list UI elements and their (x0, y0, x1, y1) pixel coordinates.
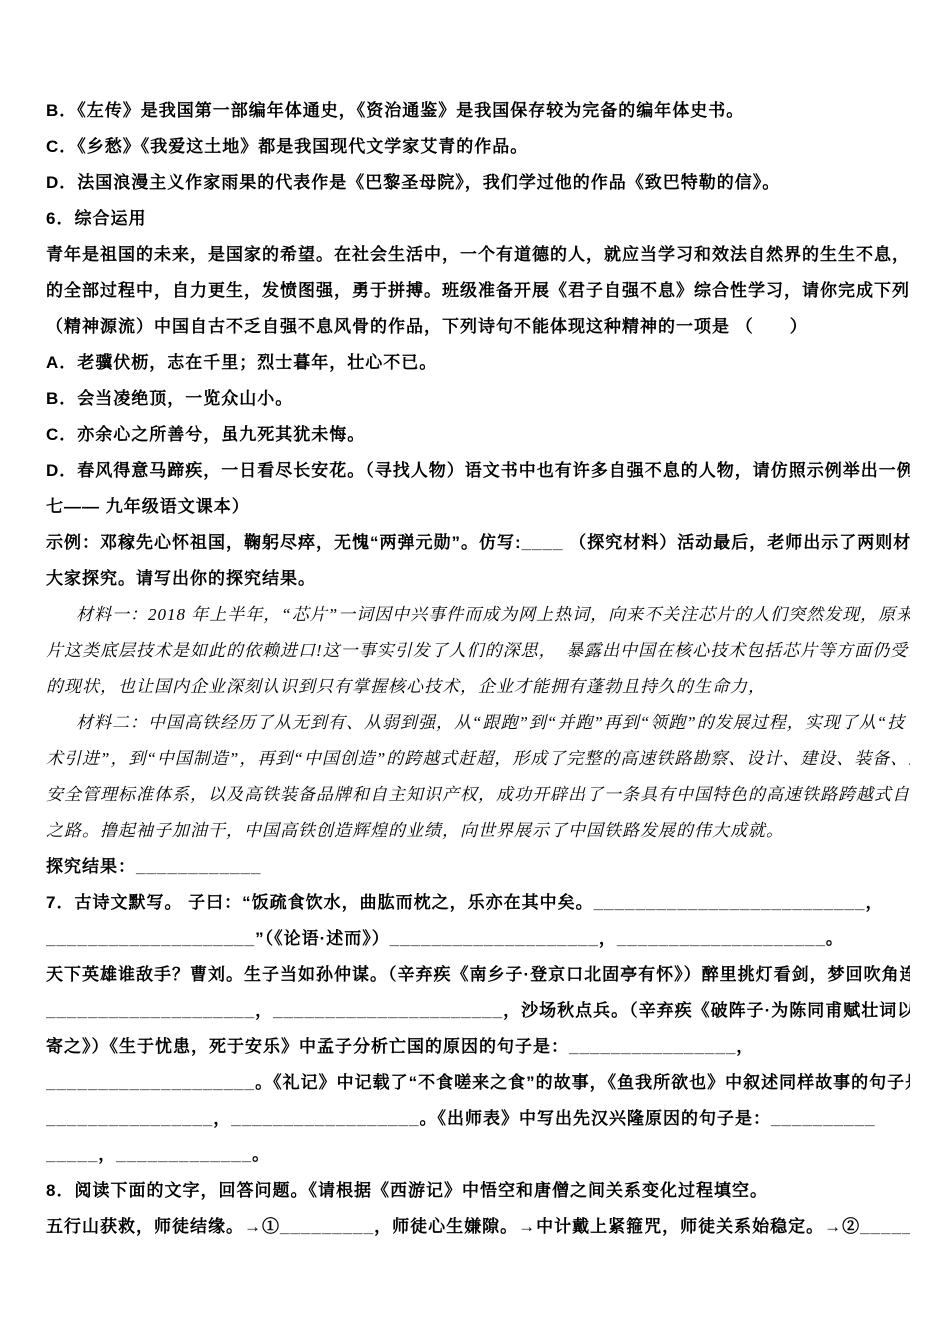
question7-line8: _____，_____________。 (46, 1137, 910, 1173)
question8-heading: 8．阅读下面的文字，回答问题。《请根据《西游记》中悟空和唐僧之间关系变化过程填空… (46, 1173, 910, 1209)
question7-line2: ____________________”（《论语·述而》）__________… (46, 921, 910, 957)
question6-intro-line2: 的全部过程中，自力更生，发愤图强，勇于拼搏。班级准备开展《君子自强不息》综合性学… (46, 273, 910, 309)
question6-example-line2: 大家探究。请写出你的探究结果。 (46, 561, 910, 597)
question6-intro-line1: 青年是祖国的未来，是国家的希望。在社会生活中，一个有道德的人，就应当学习和效法自… (46, 237, 910, 273)
question5-option-b: B．《左传》是我国第一部编年体通史，《资治通鉴》是我国保存较为完备的编年体史书。 (46, 93, 910, 129)
material1-line1: 材料一：2018 年上半年，“芯片”一词因中兴事件而成为网上热词，向来不关注芯片… (46, 597, 910, 633)
question7-line5: 寄之》）《生于忧患，死于安乐》中孟子分析亡国的原因的句子是：__________… (46, 1029, 910, 1065)
material2-line4: 之路。撸起袖子加油干，中国高铁创造辉煌的业绩，向世界展示了中国铁路发展的伟大成就… (46, 813, 910, 849)
question7-line1: 7．古诗文默写。 子曰：“饭疏食饮水，曲肱而枕之，乐亦在其中矣。________… (46, 885, 910, 921)
question6-option-b: B．会当凌绝顶，一览众山小。 (46, 381, 910, 417)
question6-heading: 6．综合运用 (46, 201, 910, 237)
question5-option-c: C．《乡愁》《我爱这土地》都是我国现代文学家艾青的作品。 (46, 129, 910, 165)
material1-line2: 片这类底层技术是如此的依赖进口!这一事实引发了人们的深思， 暴露出中国在核心技术… (46, 633, 910, 669)
question5-option-d: D．法国浪漫主义作家雨果的代表作是《巴黎圣母院》，我们学过他的作品《致巴特勒的信… (46, 165, 910, 201)
question6-option-d: D．春风得意马蹄疾，一日看尽长安花。（寻找人物）语文书中也有许多自强不息的人物，… (46, 453, 910, 489)
question6-option-c: C．亦余心之所善兮，虽九死其犹未悔。 (46, 417, 910, 453)
question6-example-line1: 示例：邓稼先心怀祖国，鞠躬尽瘁，无愧“两弹元勋”。仿写:____ （探究材料）活… (46, 525, 910, 561)
exam-page: B．《左传》是我国第一部编年体通史，《资治通鉴》是我国保存较为完备的编年体史书。… (0, 0, 950, 1344)
question7-line7: ________________，__________________。《出师表… (46, 1101, 910, 1137)
material2-line1: 材料二：中国高铁经历了从无到有、从弱到强，从“跟跑”到“并跑”再到“领跑”的发展… (46, 705, 910, 741)
material1-line3: 的现状，也让国内企业深刻认识到只有掌握核心技术，企业才能拥有蓬勃且持久的生命力， (46, 669, 910, 705)
material2-line3: 安全管理标准体系，以及高铁装备品牌和自主知识产权，成功开辟出了一条具有中国特色的… (46, 777, 910, 813)
question7-line3: 天下英雄谁敌手？曹刘。生子当如孙仲谋。（辛弃疾《南乡子·登京口北固亭有怀》）醉里… (46, 957, 910, 993)
inquiry-result-blank: 探究结果：____________ (46, 849, 910, 885)
material2-line2: 术引进”，到“中国制造”，再到“中国创造”的跨越式赶超，形成了完整的高速铁路勘察… (46, 741, 910, 777)
question7-line6: ____________________。《礼记》中记载了“不食嗟来之食”的故事… (46, 1065, 910, 1101)
question6-task-line: （精神源流）中国自古不乏自强不息风骨的作品，下列诗句不能体现这种精神的一项是 （… (46, 309, 910, 345)
question7-line4: ____________________，___________________… (46, 993, 910, 1029)
question6-option-a: A．老骥伏枥，志在千里；烈士暮年，壮心不已。 (46, 345, 910, 381)
question8-fill-line: 五行山获救，师徒结缘。→①_________，师徒心生嫌隙。→中计戴上紧箍咒，师… (46, 1209, 910, 1245)
question6-option-d-cont: 七—— 九年级语文课本） (46, 489, 910, 525)
